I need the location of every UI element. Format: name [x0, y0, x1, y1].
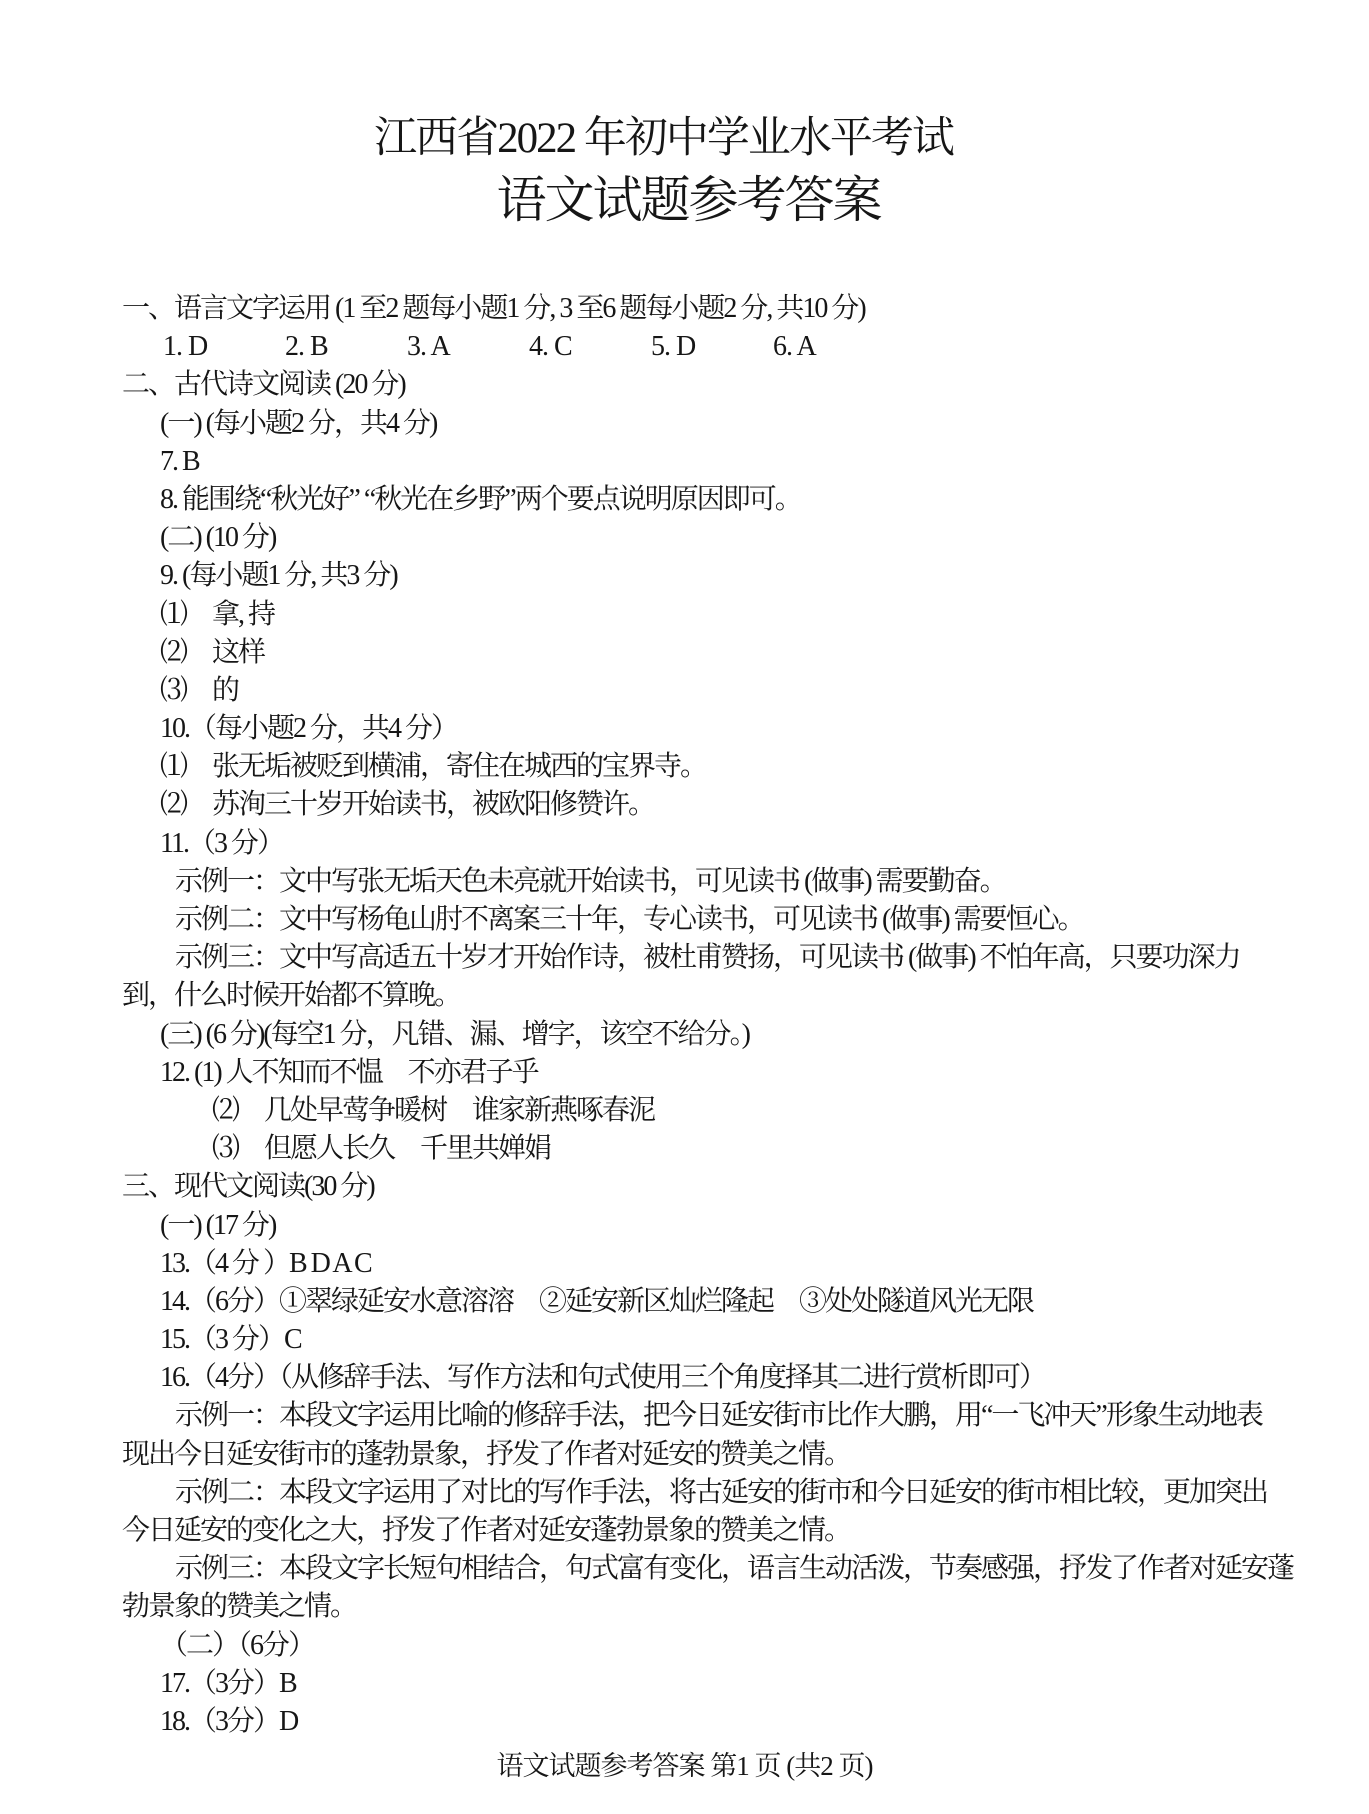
answer-line: 15.（3 分）C [122, 1321, 1369, 1359]
answer-key-body: 一、语言文字运用 (1 至2 题每小题1 分, 3 至6 题每小题2 分, 共1… [122, 290, 1369, 1741]
mc-answer: 2. B [285, 328, 402, 366]
answer-line: 17.（3分）B [122, 1665, 1369, 1703]
answer-line: 今日延安的变化之大，抒发了作者对延安蓬勃景象的赞美之情。 [122, 1512, 1369, 1550]
answer-line: ⑵ 几处早莺争暖树 谁家新燕啄春泥 [122, 1092, 1369, 1130]
mc-answer: 4. C [529, 328, 646, 366]
mc-answer: 6. A [773, 328, 816, 366]
answer-line: 8. 能围绕“秋光好” “秋光在乡野”两个要点说明原因即可。 [122, 481, 1369, 519]
answer-line: 11.（3 分） [122, 825, 1369, 863]
answer-line: 16.（4分）（从修辞手法、写作方法和句式使用三个角度择其二进行赏析即可） [122, 1359, 1369, 1397]
answer-line: 18.（3分）D [122, 1703, 1369, 1741]
answer-line: 到，什么时候开始都不算晚。 [122, 977, 1369, 1015]
answer-line: 7. B [122, 443, 1369, 481]
answer-key-title: 语文试题参考答案 [4, 160, 1369, 232]
mc-answer: 5. D [651, 328, 768, 366]
answer-line: ⑴ 拿, 持 [122, 596, 1369, 634]
answer-line: ⑵ 苏洵三十岁开始读书，被欧阳修赞许。 [122, 786, 1369, 824]
answer-line: 示例三：文中写高适五十岁才开始作诗，被杜甫赞扬，可见读书 (做事) 不怕年高，只… [122, 939, 1369, 977]
answer-line: 示例二：本段文字运用了对比的写作手法，将古延安的街市和今日延安的街市相比较，更加… [122, 1474, 1369, 1512]
mc-answer: 1. D [163, 328, 280, 366]
answer-line: 12. (1) 人不知而不愠 不亦君子乎 [122, 1054, 1369, 1092]
section-heading: 二、古代诗文阅读 (20 分) [122, 366, 1369, 404]
answer-line: ⑶ 的 [122, 672, 1369, 710]
subsection-label: （二）（6分） [122, 1627, 1369, 1665]
answer-line: 示例三：本段文字长短句相结合，句式富有变化，语言生动活泼，节奏感强，抒发了作者对… [122, 1550, 1369, 1588]
answer-line: 14.（6分）①翠绿延安水意溶溶 ②延安新区灿烂隆起 ③处处隧道风光无限 [122, 1283, 1369, 1321]
document-page: 江西省2022 年初中学业水平考试 语文试题参考答案 一、语言文字运用 (1 至… [0, 0, 1369, 1814]
section-heading: 一、语言文字运用 (1 至2 题每小题1 分, 3 至6 题每小题2 分, 共1… [122, 290, 1369, 328]
subsection-label: (一) (17 分) [122, 1207, 1369, 1245]
answer-line: 13.（4 分 ）B D A C [122, 1245, 1369, 1283]
answer-line: 10.（每小题2 分，共4 分） [122, 710, 1369, 748]
subsection-label: (一) (每小题2 分，共4 分) [122, 405, 1369, 443]
answer-line: 示例一：文中写张无垢天色未亮就开始读书，可见读书 (做事) 需要勤奋。 [122, 863, 1369, 901]
mc-answer: 3. A [407, 328, 524, 366]
answer-line: 勃景象的赞美之情。 [122, 1588, 1369, 1626]
subsection-label: (三) (6 分)(每空1 分，凡错、漏、增字，该空不给分。) [122, 1016, 1369, 1054]
answer-line: 现出今日延安街市的蓬勃景象，抒发了作者对延安的赞美之情。 [122, 1436, 1369, 1474]
page-footer: 语文试题参考答案 第1 页 (共2 页) [0, 1744, 1369, 1783]
answer-line: 示例二：文中写杨龟山肘不离案三十年，专心读书，可见读书 (做事) 需要恒心。 [122, 901, 1369, 939]
answer-line: ⑴ 张无垢被贬到横浦，寄住在城西的宝界寺。 [122, 748, 1369, 786]
answer-line: ⑵ 这样 [122, 634, 1369, 672]
answer-line: 9. (每小题1 分, 共3 分) [122, 557, 1369, 595]
answer-line: ⑶ 但愿人长久 千里共婵娟 [122, 1130, 1369, 1168]
mc-answer-row: 1. D 2. B 3. A 4. C 5. D 6. A [122, 328, 1369, 366]
section-heading: 三、现代文阅读(30 分) [122, 1168, 1369, 1206]
exam-title: 江西省2022 年初中学业水平考试 [0, 104, 1348, 165]
answer-line: 示例一：本段文字运用比喻的修辞手法，把今日延安街市比作大鹏，用“一飞冲天”形象生… [122, 1397, 1369, 1435]
subsection-label: (二) (10 分) [122, 519, 1369, 557]
